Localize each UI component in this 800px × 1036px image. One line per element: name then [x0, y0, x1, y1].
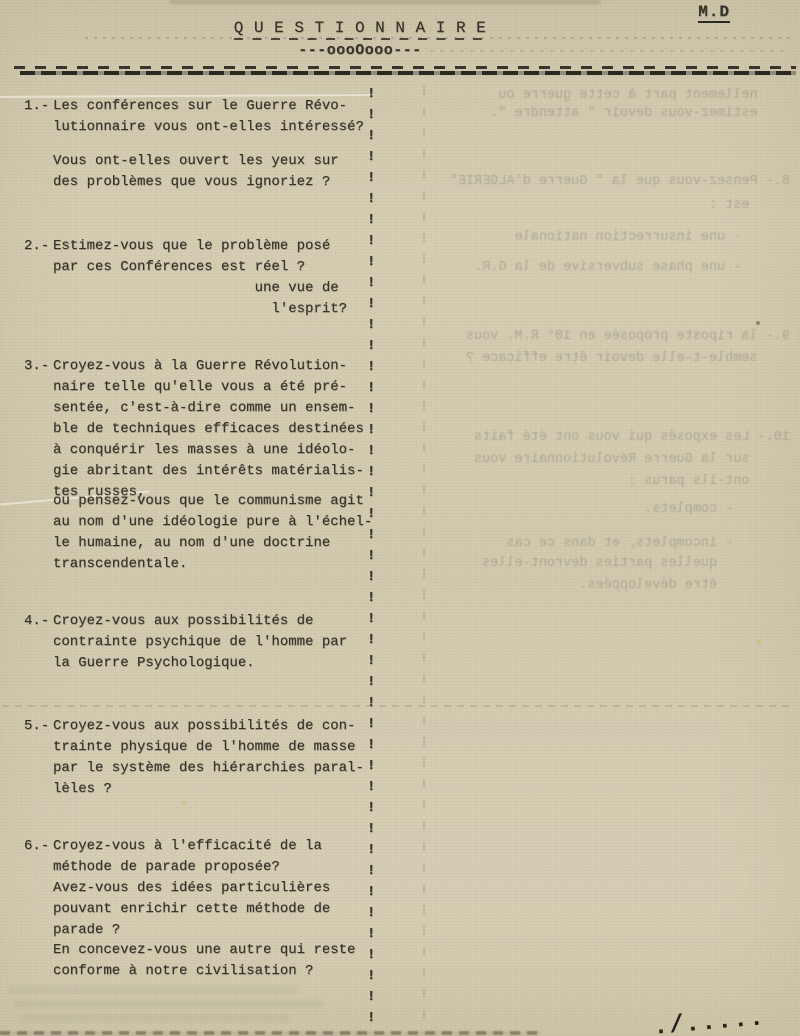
column-divider: ! ! ! ! ! ! ! ! ! ! ! ! ! ! ! ! ! ! ! ! … [367, 84, 375, 1029]
paper-speck [182, 801, 186, 805]
bleedthrough-text-line: quelles parties devront-elles [430, 554, 790, 574]
bleedthrough-text-line: - incomplets, et dans ce cas [430, 534, 790, 554]
bleedthrough-text-line: - une phase subversive de la G.R. [430, 258, 790, 278]
bleedthrough-text-line: être développées. [430, 576, 790, 596]
question-paragraph: Estimez-vous que le problème posé par ce… [53, 236, 347, 320]
question-number: 2.- [24, 236, 49, 257]
question-number: 5.- [24, 716, 49, 737]
bleedthrough-text-line: 9.- la riposte proposée en 10° R.M. vous [430, 327, 790, 347]
scan-bottom-edge-shadow [0, 1031, 540, 1035]
bleedthrough-text-line: sur la Guerre Révolutionnaire vous [430, 450, 790, 470]
question-paragraph: Les conférences sur le Guerre Révo- luti… [53, 96, 364, 138]
question-number: 4.- [24, 611, 49, 632]
question-number: 6.- [24, 836, 49, 857]
bleedthrough-text-line: semble-t-elle devoir être efficace ? [430, 349, 790, 369]
question-number: 1.- [24, 96, 49, 117]
question-paragraph: Croyez-vous à la Guerre Révolution- nair… [53, 356, 364, 503]
ornament-row: ---oooOooo--- [0, 41, 720, 59]
bleedthrough-text-line: nellement part à cette guerre ou [430, 86, 790, 106]
double-dashed-separator [14, 66, 796, 78]
scan-top-edge-shadow [170, 0, 600, 4]
bleedthrough-dotted-line [2, 705, 794, 707]
bleedthrough-text-line: - une insurrection nationale [430, 228, 790, 248]
question-paragraph: Croyez-vous à l'efficacité de la méthode… [53, 836, 330, 941]
question-paragraph: ou pensez-vous que le communisme agit au… [53, 491, 372, 575]
bleedthrough-ghost-text [20, 1014, 290, 1022]
bleedthrough-text-line: 8.- Pensez-vous que la " Guerre d'ALGERI… [430, 172, 790, 192]
question-paragraph: Croyez-vous aux possibilités de contrain… [53, 611, 347, 674]
bleedthrough-text-line: ont-ils parus : [430, 472, 790, 492]
question-paragraph: Vous ont-elles ouvert les yeux sur des p… [53, 151, 339, 193]
bleedthrough-divider-line [423, 86, 425, 1030]
bleedthrough-text-line: - complets. [430, 500, 790, 520]
paper-speck [757, 640, 761, 644]
bleedthrough-text-line: estimez-vous devoir " attendre ". [430, 104, 790, 124]
bleedthrough-ghost-text [8, 986, 298, 994]
page-title: Q U E S T I O N N A I R E [234, 19, 487, 40]
bleedthrough-ghost-text [14, 1000, 324, 1008]
continuation-mark: ./..... [652, 1003, 766, 1036]
title-ornament: ---oooOooo--- [298, 42, 422, 59]
question-paragraph: Croyez-vous aux possibilités de con- tra… [53, 716, 364, 800]
bleedthrough-text-line: est : [430, 196, 790, 216]
bleedthrough-text-line: 10.- Les exposés qui vous ont été faits [430, 428, 790, 448]
title-row: Q U E S T I O N N A I R E [0, 19, 720, 40]
question-number: 3.- [24, 356, 49, 377]
scanned-questionnaire-page: { "page": { "header_mark": "M.D", "title… [0, 0, 800, 1036]
paper-speck [756, 321, 760, 325]
question-paragraph: En concevez-vous une autre qui reste con… [53, 940, 355, 982]
